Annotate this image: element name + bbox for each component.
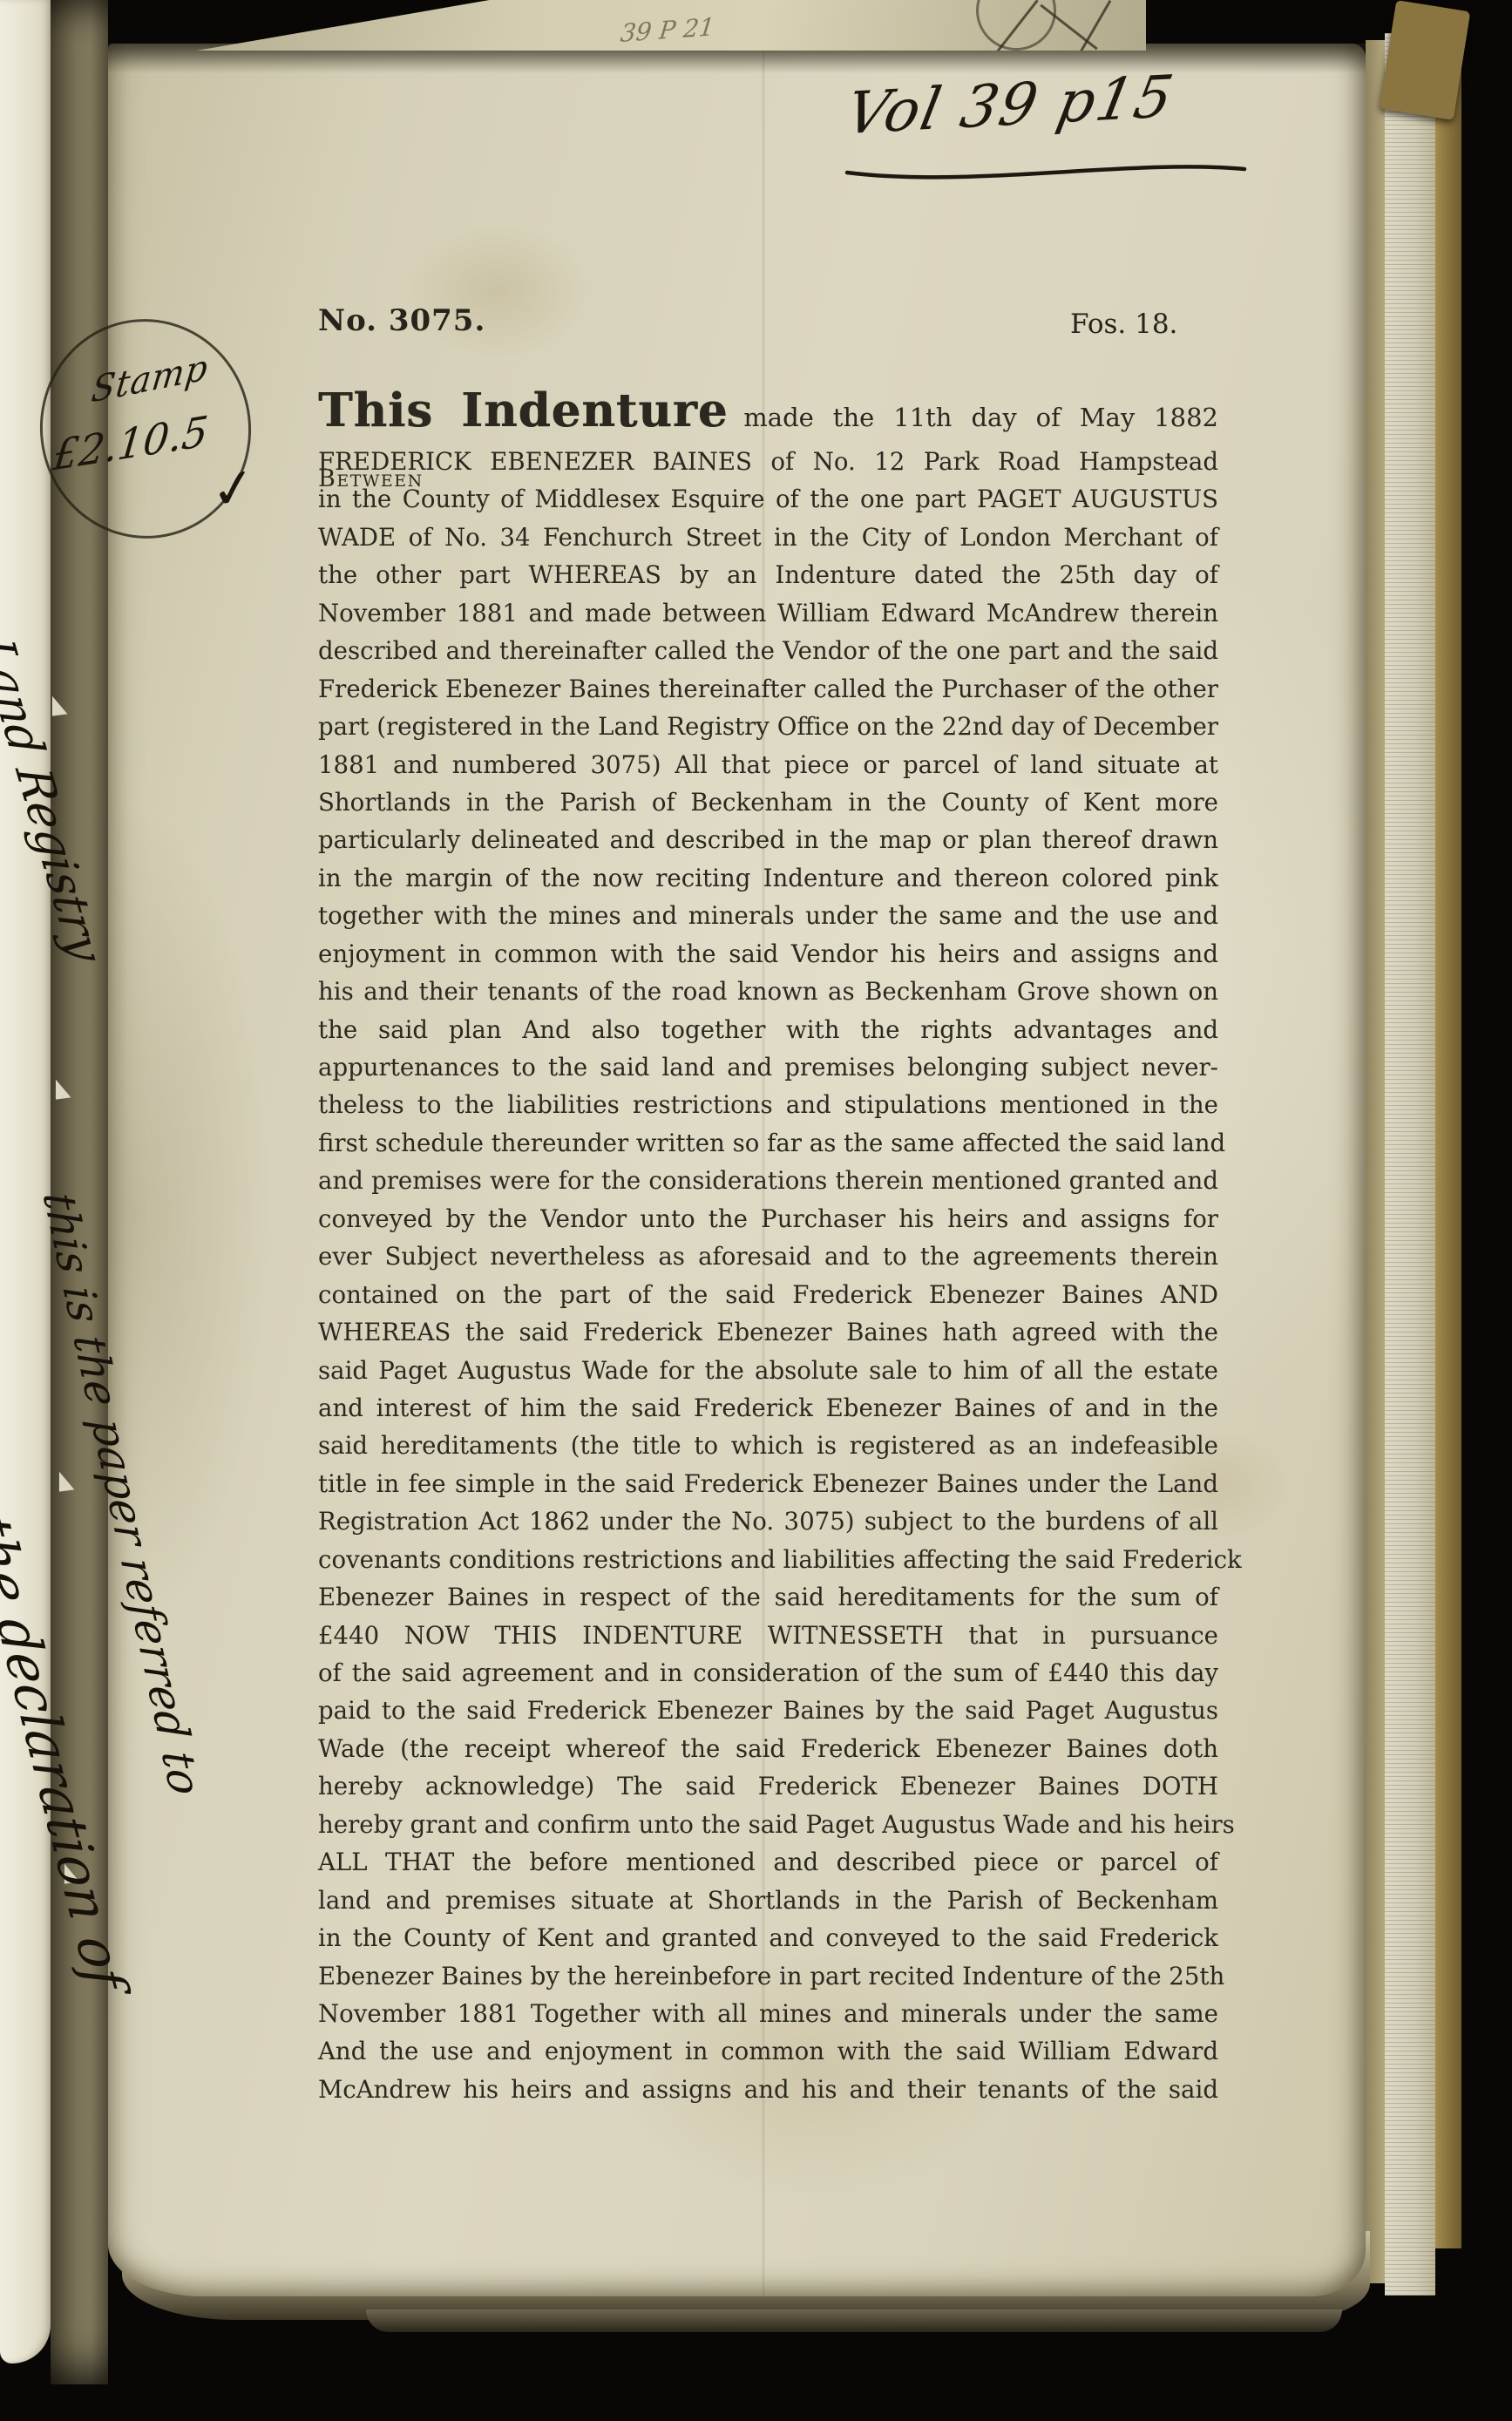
deed-line: first schedule thereunder written so far… [318,1124,1218,1162]
deed-line: together with the mines and minerals und… [318,897,1218,934]
deed-line: hereby acknowledge) The said Frederick E… [318,1767,1218,1805]
deed-line: in the County of Kent and granted and co… [318,1919,1218,1956]
deed-line: described and thereinafter called the Ve… [318,632,1218,669]
deed-line: conveyed by the Vendor unto the Purchase… [318,1200,1218,1238]
deed-line: 1881 and numbered 3075) All that piece o… [318,746,1218,783]
deed-line: his and their tenants of the road known … [318,973,1218,1010]
document-number: No. 3075. [318,303,485,338]
deed-line: the said plan And also together with the… [318,1011,1218,1048]
deed-opening-line: This Indenture made the 11th day of May … [318,382,1218,443]
deed-line: hereby grant and confirm unto the said P… [318,1806,1218,1843]
deed-line: covenants conditions restrictions and li… [318,1541,1218,1578]
deed-line: £440 NOW THIS INDENTURE WITNESSETH that … [318,1617,1218,1654]
deed-line: part (registered in the Land Registry Of… [318,708,1218,745]
deed-line: Ebenezer Baines by the hereinbefore in p… [318,1957,1218,1995]
deed-line: in the County of Middlesex Esquire of th… [318,480,1218,518]
opening-date-text: made the 11th day of May 1882 [743,403,1218,432]
deed-line: contained on the part of the said Freder… [318,1276,1218,1313]
deed-line: Shortlands in the Parish of Beckenham in… [318,783,1218,821]
deed-line: paid to the said Frederick Ebenezer Bain… [318,1692,1218,1729]
deed-line: FREDERICK EBENEZER BAINES of No. 12 Park… [318,443,1218,480]
deed-line: McAndrew his heirs and assigns and his a… [318,2071,1218,2108]
deed-line: and interest of him the said Frederick E… [318,1389,1218,1427]
deed-line: Wade (the receipt whereof the said Frede… [318,1730,1218,1767]
deed-line: November 1881 and made between William E… [318,594,1218,632]
deed-line: land and premises situate at Shortlands … [318,1882,1218,1919]
deed-line: said hereditaments (the title to which i… [318,1427,1218,1464]
page-stack-gilt-edge [1435,51,1461,2248]
deed-line: And the use and enjoyment in common with… [318,2032,1218,2070]
deed-line: title in fee simple in the said Frederic… [318,1465,1218,1502]
deed-line: the other part WHEREAS by an Indenture d… [318,556,1218,593]
deed-line: November 1881 Together with all mines an… [318,1995,1218,2032]
deed-line: theless to the liabilities restrictions … [318,1086,1218,1123]
page-content: No. 3075. Fos. 18. This Indenture made t… [108,44,1366,2296]
deed-line: said Paget Augustus Wade for the absolut… [318,1352,1218,1389]
deed-body: FREDERICK EBENEZER BAINES of No. 12 Park… [318,443,1218,2108]
page-stack-edge-shadow [1366,40,1385,2283]
deed-line: ALL THAT the before mentioned and descri… [318,1843,1218,1881]
deed-line: Registration Act 1862 under the No. 3075… [318,1502,1218,1540]
deed-line: enjoyment in common with the said Vendor… [318,935,1218,973]
scanned-deed-page: 39 P 21 Vol 39 p15 Stamp £2.10.5 ✓ Land … [0,0,1512,2421]
deed-line: WADE of No. 34 Fenchurch Street in the C… [318,519,1218,556]
deed-line: particularly delineated and described in… [318,821,1218,858]
deed-line: ever Subject nevertheless as aforesaid a… [318,1238,1218,1275]
deed-line: appurtenances to the said land and premi… [318,1048,1218,1086]
folio-reference: Fos. 18. [1070,309,1177,340]
deed-line: of the said agreement and in considerati… [318,1654,1218,1692]
deed-line: and premises were for the considerations… [318,1162,1218,1199]
deed-line: in the margin of the now reciting Indent… [318,859,1218,897]
deed-line: Frederick Ebenezer Baines thereinafter c… [318,670,1218,708]
underlying-page-edge-2 [366,2309,1342,2332]
page-stack-fore-edge [1385,33,1435,2296]
deed-line: WHEREAS the said Frederick Ebenezer Bain… [318,1313,1218,1351]
deed-line: Ebenezer Baines in respect of the said h… [318,1578,1218,1616]
blackletter-this-indenture: This Indenture [318,383,728,437]
